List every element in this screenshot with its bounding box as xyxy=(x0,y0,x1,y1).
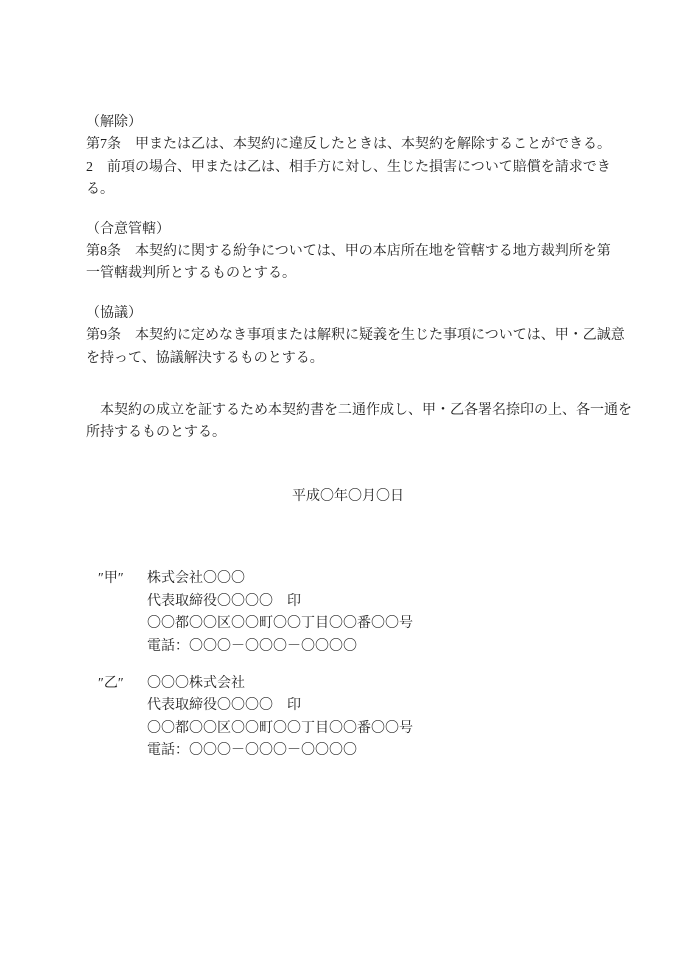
party-b-details: 〇〇〇株式会社 代表取締役〇〇〇〇 印 〇〇都〇〇区〇〇町〇〇丁目〇〇番〇〇号 … xyxy=(147,673,610,763)
party-b-label: ″乙″ xyxy=(86,673,147,763)
party-b-company-name: 〇〇〇株式会社 xyxy=(147,673,610,695)
party-a-representative: 代表取締役〇〇〇〇 印 xyxy=(147,591,610,613)
party-b-representative: 代表取締役〇〇〇〇 印 xyxy=(147,695,610,717)
party-b-phone: 電話：〇〇〇－〇〇〇－〇〇〇〇 xyxy=(147,740,610,762)
clause-jurisdiction: （合意管轄） 第8条 本契約に関する紛争については、甲の本店所在地を管轄する地方… xyxy=(86,219,610,286)
clause-jurisdiction-heading: （合意管轄） xyxy=(86,219,610,241)
contract-document-page: （解除） 第7条 甲または乙は、本契約に違反したときは、本契約を解除することがで… xyxy=(0,0,680,962)
party-a-company-name: 株式会社〇〇〇 xyxy=(147,568,610,590)
signature-block-party-b: ″乙″ 〇〇〇株式会社 代表取締役〇〇〇〇 印 〇〇都〇〇区〇〇町〇〇丁目〇〇番… xyxy=(86,673,610,763)
closing-paragraph: 本契約の成立を証するため本契約書を二通作成し、甲・乙各署名捺印の上、各一通を 所… xyxy=(86,400,610,445)
party-b-address: 〇〇都〇〇区〇〇町〇〇丁目〇〇番〇〇号 xyxy=(147,718,610,740)
party-a-address: 〇〇都〇〇区〇〇町〇〇丁目〇〇番〇〇号 xyxy=(147,613,610,635)
clause-consultation-heading: （協議） xyxy=(86,303,610,325)
clause-jurisdiction-body: 第8条 本契約に関する紛争については、甲の本店所在地を管轄する地方裁判所を第 一… xyxy=(86,241,610,286)
document-content: （解除） 第7条 甲または乙は、本契約に違反したときは、本契約を解除することがで… xyxy=(0,0,680,763)
date-line: 平成〇年〇月〇日 xyxy=(86,486,610,508)
clause-consultation-body: 第9条 本契約に定めなき事項または解釈に疑義を生じた事項については、甲・乙誠意 … xyxy=(86,325,610,370)
party-a-phone: 電話：〇〇〇－〇〇〇－〇〇〇〇 xyxy=(147,636,610,658)
party-a-details: 株式会社〇〇〇 代表取締役〇〇〇〇 印 〇〇都〇〇区〇〇町〇〇丁目〇〇番〇〇号 … xyxy=(147,568,610,658)
signature-block-party-a: ″甲″ 株式会社〇〇〇 代表取締役〇〇〇〇 印 〇〇都〇〇区〇〇町〇〇丁目〇〇番… xyxy=(86,568,610,658)
clause-termination: （解除） 第7条 甲または乙は、本契約に違反したときは、本契約を解除することがで… xyxy=(86,112,610,202)
party-a-label: ″甲″ xyxy=(86,568,147,658)
clause-termination-heading: （解除） xyxy=(86,112,610,134)
clause-termination-body: 第7条 甲または乙は、本契約に違反したときは、本契約を解除することができる。 2… xyxy=(86,134,610,201)
clause-consultation: （協議） 第9条 本契約に定めなき事項または解釈に疑義を生じた事項については、甲… xyxy=(86,303,610,370)
